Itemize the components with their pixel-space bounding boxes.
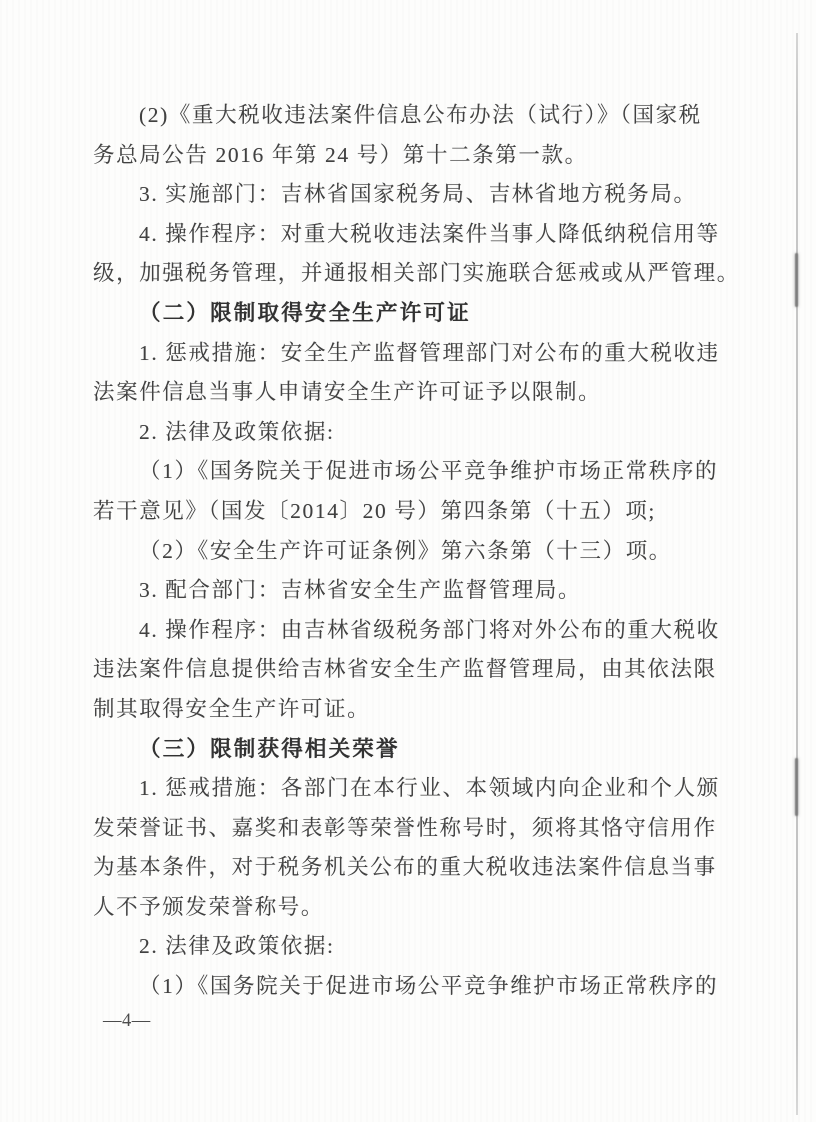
doc-line: (2)《重大税收违法案件信息公布办法（试行）》（国家税 (93, 96, 733, 136)
page-number: —4— (103, 1009, 151, 1033)
doc-line: 法案件信息当事人申请安全生产许可证予以限制。 (93, 373, 733, 413)
doc-line: （2）《安全生产许可证条例》第六条第（十三）项。 (93, 532, 733, 572)
doc-line: 人不予颁发荣誉称号。 (93, 888, 733, 928)
doc-line: 级，加强税务管理，并通报相关部门实施联合惩戒或从严管理。 (93, 254, 733, 294)
doc-line: 3. 实施部门：吉林省国家税务局、吉林省地方税务局。 (93, 175, 733, 215)
doc-line: 3. 配合部门：吉林省安全生产监督管理局。 (93, 571, 733, 611)
doc-line: （1）《国务院关于促进市场公平竞争维护市场正常秩序的 (93, 452, 733, 492)
scan-artifact-line (796, 33, 798, 1115)
doc-line: 制其取得安全生产许可证。 (93, 690, 733, 730)
doc-line: 务总局公告 2016 年第 24 号）第十二条第一款。 (93, 136, 733, 176)
scan-artifact-mark-upper (795, 253, 798, 307)
document-page: (2)《重大税收违法案件信息公布办法（试行）》（国家税 务总局公告 2016 年… (0, 0, 816, 1122)
scan-artifact-mark-lower (795, 758, 798, 816)
section-heading: （三）限制获得相关荣誉 (93, 730, 733, 770)
doc-line: 1. 惩戒措施：各部门在本行业、本领域内向企业和个人颁 (93, 769, 733, 809)
doc-line: （1）《国务院关于促进市场公平竞争维护市场正常秩序的 (93, 967, 733, 1007)
doc-line: 4. 操作程序：由吉林省级税务部门将对外公布的重大税收 (93, 611, 733, 651)
doc-line: 若干意见》（国发〔2014〕20 号）第四条第（十五）项; (93, 492, 733, 532)
doc-line: 为基本条件，对于税务机关公布的重大税收违法案件信息当事 (93, 848, 733, 888)
doc-line: 1. 惩戒措施：安全生产监督管理部门对公布的重大税收违 (93, 334, 733, 374)
doc-line: 2. 法律及政策依据: (93, 927, 733, 967)
doc-line: 发荣誉证书、嘉奖和表彰等荣誉性称号时，须将其恪守信用作 (93, 809, 733, 849)
doc-line: 违法案件信息提供给吉林省安全生产监督管理局，由其依法限 (93, 650, 733, 690)
section-heading: （二）限制取得安全生产许可证 (93, 294, 733, 334)
page-content: (2)《重大税收违法案件信息公布办法（试行）》（国家税 务总局公告 2016 年… (93, 96, 733, 1007)
doc-line: 2. 法律及政策依据: (93, 413, 733, 453)
doc-line: 4. 操作程序：对重大税收违法案件当事人降低纳税信用等 (93, 215, 733, 255)
